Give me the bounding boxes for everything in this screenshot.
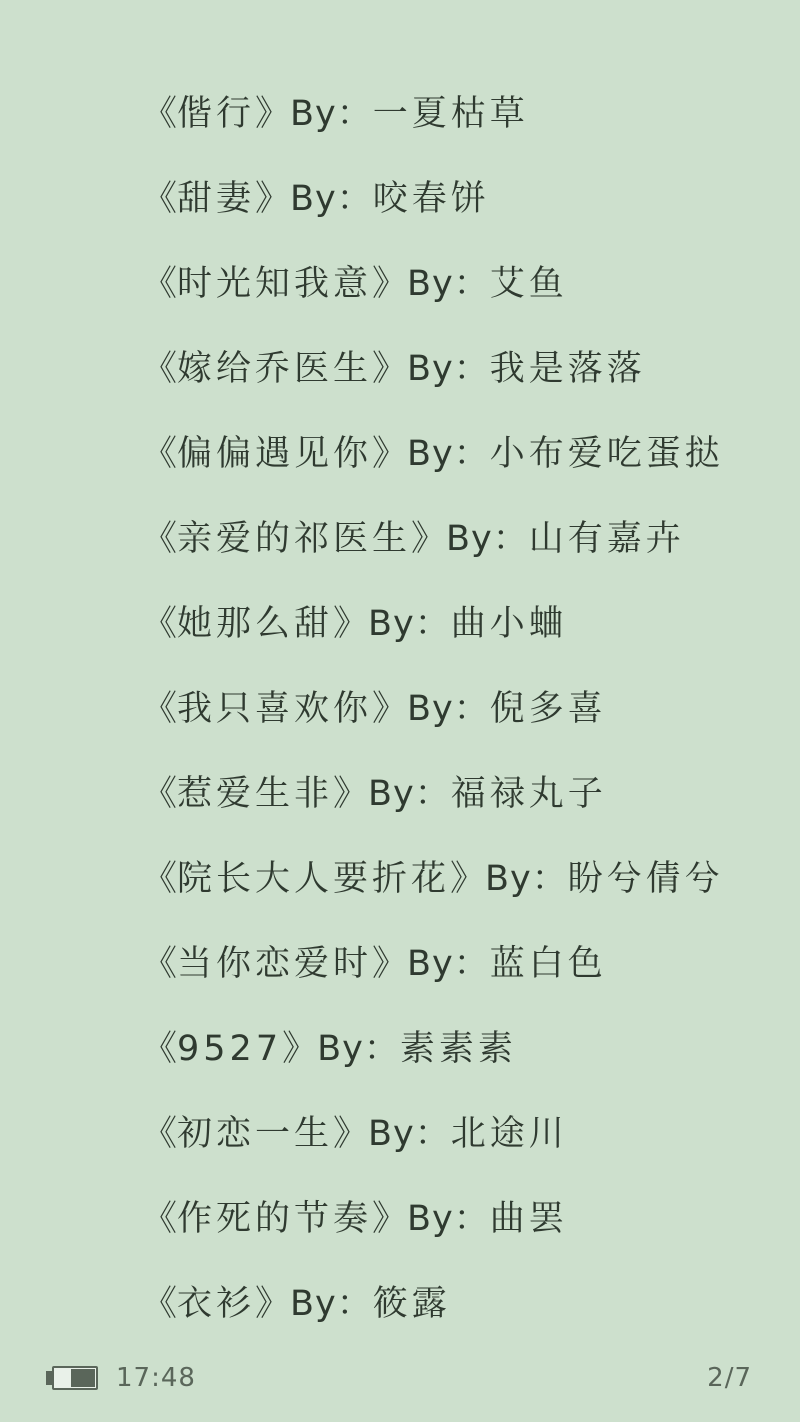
book-title: 惹爱生非 [177,774,333,814]
book-author: 蓝白色 [490,944,607,984]
by-label: By： [368,774,451,814]
book-line: 《初恋一生》By：北途川 [142,1108,724,1193]
book-author: 咬春饼 [373,179,490,219]
book-title: 偕行 [177,94,255,134]
by-label: By： [317,1029,400,1069]
book-title: 当你恋爱时 [177,944,372,984]
by-label: By： [446,519,529,559]
book-author: 筱露 [373,1284,451,1324]
book-line: 《偏偏遇见你》By：小布爱吃蛋挞 [142,428,724,513]
by-label: By： [407,434,490,474]
book-title: 她那么甜 [177,604,333,644]
reader-page[interactable]: 《偕行》By：一夏枯草 《甜妻》By：咬春饼 《时光知我意》By：艾鱼 《嫁给乔… [0,0,800,1340]
book-author: 福禄丸子 [451,774,607,814]
book-line: 《作死的节奏》By：曲罢 [142,1193,724,1278]
book-line: 《当你恋爱时》By：蓝白色 [142,938,724,1023]
clock-time: 17:48 [116,1360,196,1396]
by-label: By： [407,944,490,984]
battery-level [71,1369,95,1387]
book-line: 《院长大人要折花》By：盼兮倩兮 [142,853,724,938]
book-title: 作死的节奏 [177,1199,372,1239]
reader-status-bar: 17:48 2/7 [0,1352,800,1404]
book-line: 《9527》By：素素素 [142,1023,724,1108]
book-author: 小布爱吃蛋挞 [490,434,724,474]
by-label: By： [407,1199,490,1239]
by-label: By： [368,604,451,644]
book-author: 倪多喜 [490,689,607,729]
book-author: 我是落落 [490,349,646,389]
by-label: By： [368,1114,451,1154]
book-author: 山有嘉卉 [529,519,685,559]
book-author: 北途川 [451,1114,568,1154]
book-title: 我只喜欢你 [177,689,372,729]
book-title: 嫁给乔医生 [177,349,372,389]
by-label: By： [407,349,490,389]
book-title: 9527 [177,1029,282,1069]
by-label: By： [290,94,373,134]
book-author: 曲小蛐 [451,604,568,644]
by-label: By： [407,689,490,729]
book-line: 《偕行》By：一夏枯草 [142,88,724,173]
book-list: 《偕行》By：一夏枯草 《甜妻》By：咬春饼 《时光知我意》By：艾鱼 《嫁给乔… [142,88,724,1363]
book-line: 《甜妻》By：咬春饼 [142,173,724,258]
book-line: 《惹爱生非》By：福禄丸子 [142,768,724,853]
page-indicator: 2/7 [707,1360,752,1396]
by-label: By： [290,179,373,219]
battery-icon [46,1366,98,1390]
book-author: 一夏枯草 [373,94,529,134]
book-author: 艾鱼 [490,264,568,304]
book-title: 初恋一生 [177,1114,333,1154]
book-title: 时光知我意 [177,264,372,304]
by-label: By： [407,264,490,304]
book-author: 盼兮倩兮 [568,859,724,899]
book-title: 亲爱的祁医生 [177,519,411,559]
book-line: 《她那么甜》By：曲小蛐 [142,598,724,683]
by-label: By： [290,1284,373,1324]
book-line: 《亲爱的祁医生》By：山有嘉卉 [142,513,724,598]
book-line: 《我只喜欢你》By：倪多喜 [142,683,724,768]
book-line: 《嫁给乔医生》By：我是落落 [142,343,724,428]
book-author: 素素素 [400,1029,517,1069]
book-author: 曲罢 [490,1199,568,1239]
book-title: 偏偏遇见你 [177,434,372,474]
book-title: 院长大人要折花 [177,859,450,899]
book-line: 《时光知我意》By：艾鱼 [142,258,724,343]
book-title: 衣衫 [177,1284,255,1324]
book-line: 《衣衫》By：筱露 [142,1278,724,1363]
book-title: 甜妻 [177,179,255,219]
by-label: By： [485,859,568,899]
